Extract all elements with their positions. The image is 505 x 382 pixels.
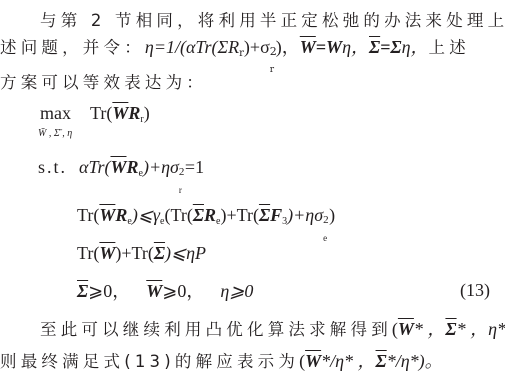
w-bar: W xyxy=(398,319,414,339)
paragraph-line-1: 与第 2 节相同，将利用半正定松弛的办法来处理上 xyxy=(40,10,505,32)
paragraph-line-2: 述问题，并令：η=1/(αTr(ΣRr)+σ2r)，W=Wη，Σ=Ση，上述 xyxy=(0,36,470,65)
constraint-2: Tr(WRe)⩽γe(Tr(ΣRe)+Tr(ΣF3)+ησ2e) xyxy=(77,204,335,233)
w-bar: W xyxy=(146,281,162,301)
sigma-bar: Σ xyxy=(259,205,270,225)
w-bar: W xyxy=(99,243,115,263)
paragraph-2-line-1: 至此可以继续利用凸优化算法求解得到(W* ，Σ* ，η*)， xyxy=(40,318,505,341)
w-bar: W xyxy=(112,103,128,123)
math-text: =W xyxy=(316,37,342,57)
constraint-4: Σ⩾0，W⩾0，η⩾0 xyxy=(77,280,253,302)
text: 与第 2 节相同，将利用半正定松弛的办法来处理上 xyxy=(40,11,505,30)
text: 方案可以等效表达为： xyxy=(0,73,207,92)
math-text: )+σ xyxy=(244,37,270,57)
paragraph-line-3: 方案可以等效表达为： xyxy=(0,72,207,94)
w-bar: W xyxy=(305,351,321,371)
math-text: η， xyxy=(402,37,429,57)
paragraph-2-line-2: 则最终满足式(13)的解应表示为(W*/η* ，Σ*/η*)。 xyxy=(0,350,443,373)
text: 述问题，并令： xyxy=(0,38,145,57)
math-text: =Σ xyxy=(380,37,401,57)
objective-expression: Tr(WRr) xyxy=(90,102,150,131)
math-text: )， xyxy=(276,37,300,57)
constraint-3: Tr(W)+Tr(Σ)⩽ηP xyxy=(77,242,206,264)
equation-number: (13) xyxy=(460,280,490,301)
max-variables: W̄ , Σ̄ , η xyxy=(38,128,72,139)
sigma-bar: Σ xyxy=(77,281,88,301)
r-matrix: R xyxy=(128,103,140,123)
text: 上述 xyxy=(429,38,470,57)
sigma-bar: Σ xyxy=(369,37,380,57)
math-text: η， xyxy=(342,37,369,57)
sigma-bar: Σ xyxy=(445,319,456,339)
w-bar: W xyxy=(300,37,316,57)
constraint-1: s.t.αTr(WRe)+ησ2r=1 xyxy=(38,156,204,185)
st-label: s.t. xyxy=(38,157,67,177)
eta-definition: η=1/(αTr(ΣR xyxy=(145,37,239,57)
w-bar: W xyxy=(110,157,126,177)
sigma-bar: Σ xyxy=(193,205,204,225)
sigma-bar: Σ xyxy=(154,243,165,263)
sigma-bar: Σ xyxy=(376,351,387,371)
w-bar: W xyxy=(99,205,115,225)
objective-max-under: W̄ , Σ̄ , η xyxy=(38,120,72,145)
